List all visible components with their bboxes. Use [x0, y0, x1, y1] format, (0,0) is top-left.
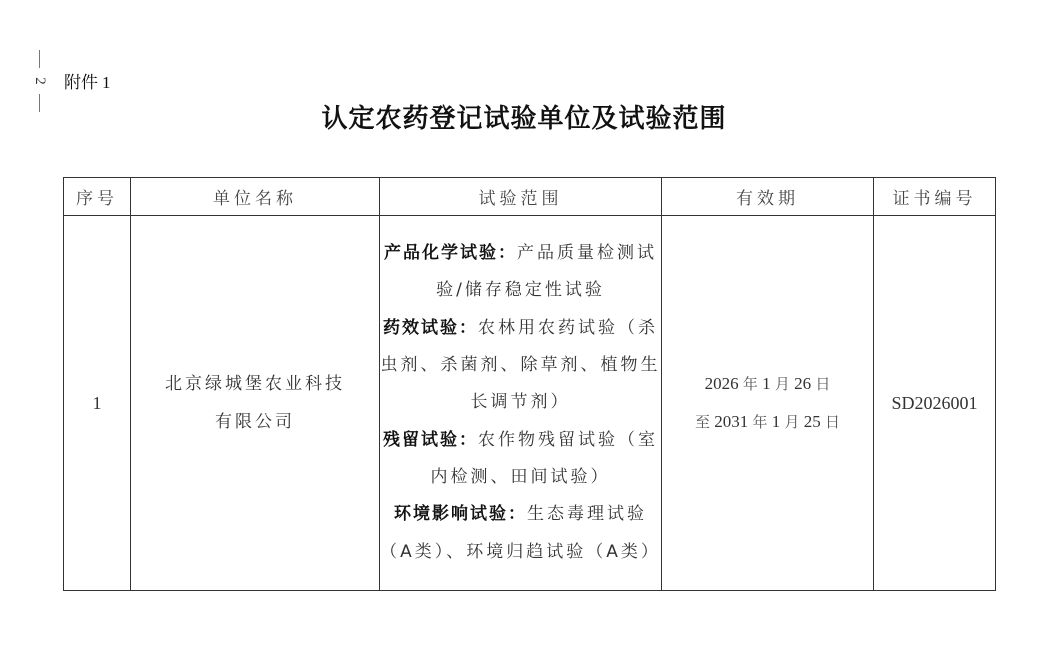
header-cert-number: 证书编号: [874, 178, 996, 216]
attachment-number: 1: [102, 73, 111, 92]
header-test-scope: 试验范围: [380, 178, 662, 216]
attachment-label: 附件1: [64, 68, 111, 93]
scope-item-residue: 残留试验：农作物残留试验（室内检测、田间试验）: [380, 422, 661, 497]
validity-start: 2026 年 1 月 26 日: [662, 365, 873, 403]
scope-item-product-chemistry: 产品化学试验：产品质量检测试验/储存稳定性试验: [380, 235, 661, 310]
cell-cert-number: SD2026001: [874, 216, 996, 591]
scope-item-environmental: 环境影响试验：生态毒理试验（A类）、环境归趋试验（A类）: [380, 496, 661, 571]
table-row: 1 北京绿城堡农业科技 有限公司 产品化学试验：产品质量检测试验/储存稳定性试验…: [64, 216, 996, 591]
attachment-text: 附件: [64, 73, 98, 93]
cell-unit-name: 北京绿城堡农业科技 有限公司: [131, 216, 380, 591]
header-seq: 序号: [64, 178, 131, 216]
header-unit-name: 单位名称: [131, 178, 380, 216]
document-title: 认定农药登记试验单位及试验范围: [0, 98, 1048, 135]
cell-validity: 2026 年 1 月 26 日 至 2031 年 1 月 25 日: [662, 216, 874, 591]
registration-table: 序号 单位名称 试验范围 有效期 证书编号 1 北京绿城堡农业科技 有限公司 产…: [63, 177, 996, 591]
table-header-row: 序号 单位名称 试验范围 有效期 证书编号: [64, 178, 996, 216]
page-marker-line-top: [39, 50, 40, 68]
cell-test-scope: 产品化学试验：产品质量检测试验/储存稳定性试验 药效试验：农林用农药试验（杀虫剂…: [380, 216, 662, 591]
scope-item-efficacy: 药效试验：农林用农药试验（杀虫剂、杀菌剂、除草剂、植物生长调节剂）: [380, 310, 661, 422]
unit-name-line1: 北京绿城堡农业科技: [131, 365, 379, 403]
page-number: 2: [28, 72, 52, 90]
cell-seq: 1: [64, 216, 131, 591]
validity-end: 至 2031 年 1 月 25 日: [662, 403, 873, 441]
unit-name-line2: 有限公司: [131, 403, 379, 441]
header-validity: 有效期: [662, 178, 874, 216]
